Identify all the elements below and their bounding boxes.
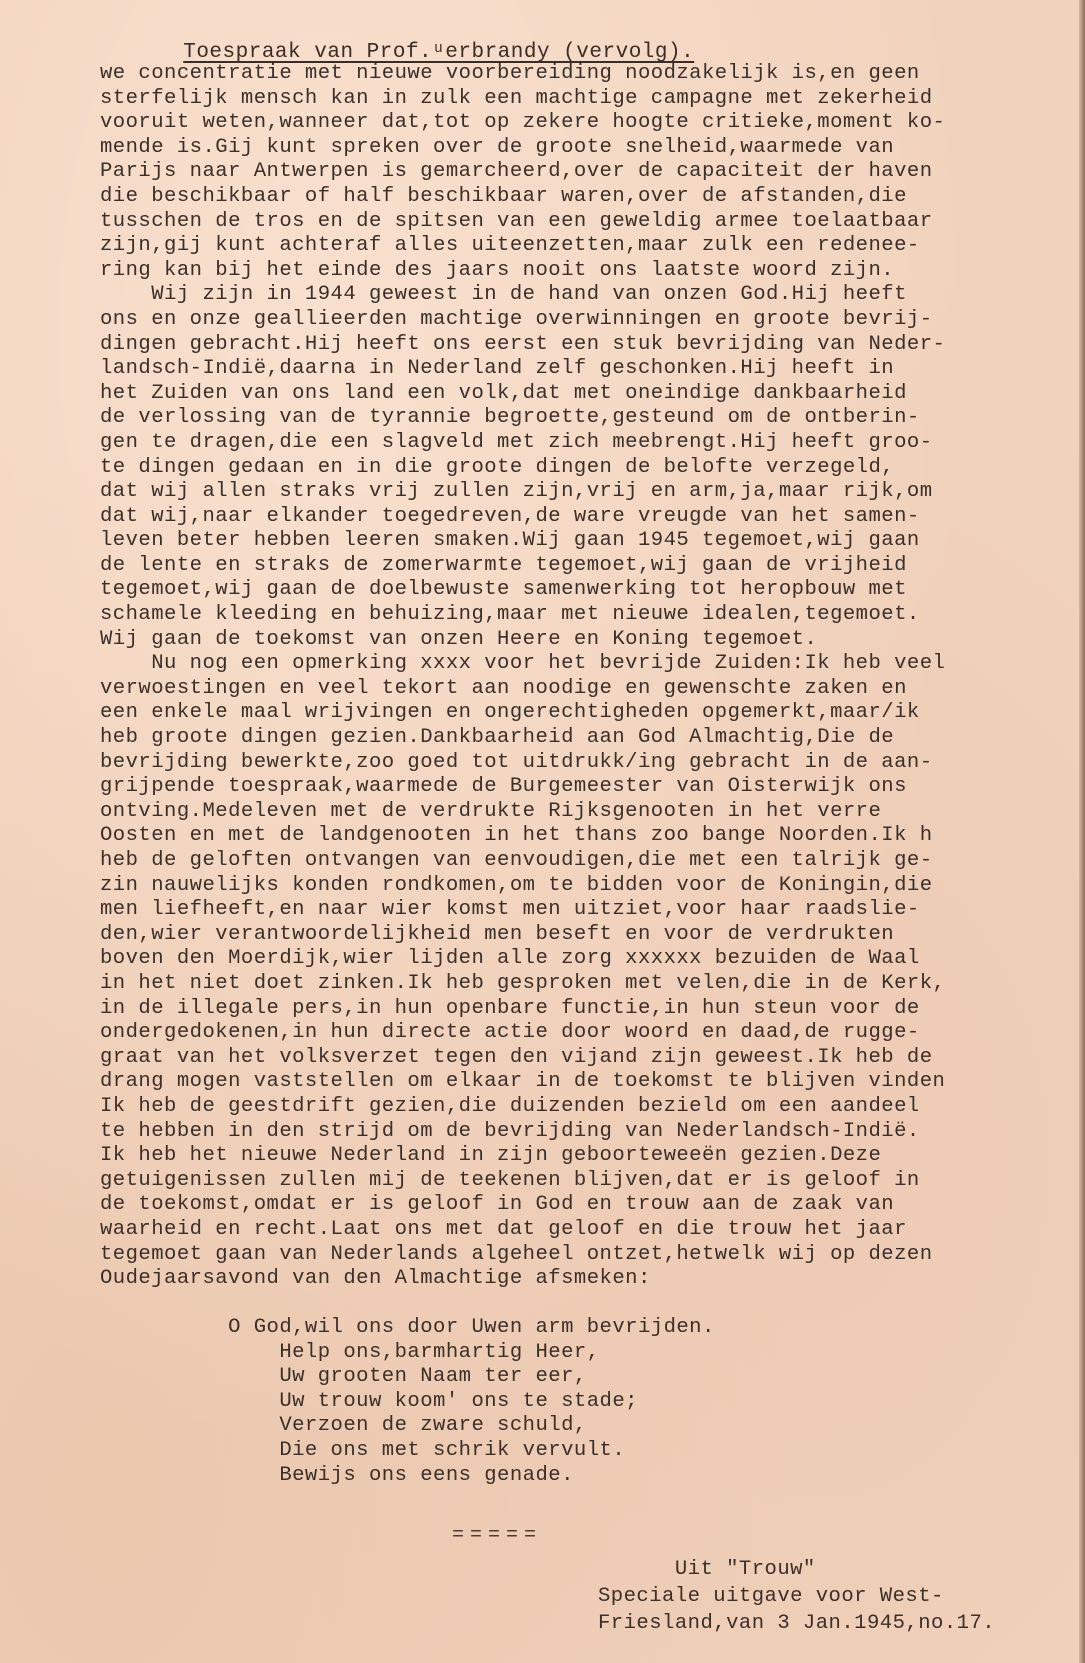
text-line: graat van het volksverzet tegen den vija… (100, 1046, 1080, 1071)
text-line: schamele kleeding en behuizing,maar met … (100, 603, 1080, 628)
document-title: Toespraak van Prof.ᵘerbrandy (vervolg). (157, 18, 694, 64)
text-line: zijn,gij kunt achteraf alles uiteenzette… (100, 234, 1080, 259)
section-divider: ===== (452, 1524, 542, 1547)
text-line: sterfelijk mensch kan in zulk een machti… (100, 87, 1080, 112)
text-line: Wij gaan de toekomst van onzen Heere en … (100, 628, 1080, 653)
prayer-poem: O God,wil ons door Uwen arm bevrijden. H… (100, 1316, 715, 1488)
text-line: de verlossing van de tyrannie begroette,… (100, 406, 1080, 431)
text-line: zin nauwelijks konden rondkomen,om te bi… (100, 874, 1080, 899)
text-line: landsch-Indië,daarna in Nederland zelf g… (100, 357, 1080, 382)
text-line: bevrijding bewerkte,zoo goed tot uitdruk… (100, 751, 1080, 776)
text-line: waarheid en recht.Laat ons met dat geloo… (100, 1218, 1080, 1243)
source-line: Speciale uitgave voor West- (598, 1583, 995, 1610)
text-line: mende is.Gij kunt spreken over de groote… (100, 136, 1080, 161)
poem-line: Help ons,barmhartig Heer, (100, 1341, 715, 1366)
text-line: Wij zijn in 1944 geweest in de hand van … (100, 283, 1080, 308)
text-line: dingen gebracht.Hij heeft ons eerst een … (100, 333, 1080, 358)
text-line: getuigenissen zullen mij de teekenen bli… (100, 1169, 1080, 1194)
text-line: vooruit weten,wanneer dat,tot op zekere … (100, 111, 1080, 136)
text-line: grijpende toespraak,waarmede de Burgemee… (100, 775, 1080, 800)
body-text: we concentratie met nieuwe voorbereiding… (100, 62, 1080, 1292)
text-line: Nu nog een opmerking xxxx voor het bevri… (100, 652, 1080, 677)
poem-line: Verzoen de zware schuld, (100, 1414, 715, 1439)
text-line: Oudejaarsavond van den Almachtige afsmek… (100, 1267, 1080, 1292)
text-line: drang mogen vaststellen om elkaar in de … (100, 1070, 1080, 1095)
text-line: Ik heb de geestdrift gezien,die duizende… (100, 1095, 1080, 1120)
text-line: dat wij,naar elkander toegedreven,de war… (100, 505, 1080, 530)
title-text: Toespraak van Prof.ᵘerbrandy (vervolg). (183, 41, 694, 64)
text-line: leven beter hebben leeren smaken.Wij gaa… (100, 529, 1080, 554)
poem-line: Bewijs ons eens genade. (100, 1464, 715, 1489)
text-line: heb groote dingen gezien.Dankbaarheid aa… (100, 726, 1080, 751)
text-line: dat wij allen straks vrij zullen zijn,vr… (100, 480, 1080, 505)
text-line: Parijs naar Antwerpen is gemarcheerd,ove… (100, 160, 1080, 185)
text-line: in de illegale pers,in hun openbare func… (100, 997, 1080, 1022)
text-line: Oosten en met de landgenooten in het tha… (100, 824, 1080, 849)
text-line: Ik heb het nieuwe Nederland in zijn gebo… (100, 1144, 1080, 1169)
text-line: in het niet doet zinken.Ik heb gesproken… (100, 972, 1080, 997)
text-line: te dingen gedaan en in die groote dingen… (100, 456, 1080, 481)
poem-line: Uw trouw koom' ons te stade; (100, 1390, 715, 1415)
source-line: Friesland,van 3 Jan.1945,no.17. (598, 1610, 995, 1637)
text-line: ondergedokenen,in hun directe actie door… (100, 1021, 1080, 1046)
text-line: te hebben in den strijd om de bevrijding… (100, 1120, 1080, 1145)
text-line: gen te dragen,die een slagveld met zich … (100, 431, 1080, 456)
text-line: ontving.Medeleven met de verdrukte Rijks… (100, 800, 1080, 825)
text-line: den,wier verantwoordelijkheid men beseft… (100, 923, 1080, 948)
poem-line: O God,wil ons door Uwen arm bevrijden. (100, 1316, 715, 1341)
source-citation: Uit "Trouw"Speciale uitgave voor West-Fr… (598, 1556, 995, 1637)
text-line: men liefheeft,en naar wier komst men uit… (100, 898, 1080, 923)
text-line: een enkele maal wrijvingen en ongerechti… (100, 701, 1080, 726)
text-line: het Zuiden van ons land een volk,dat met… (100, 382, 1080, 407)
text-line: tusschen de tros en de spitsen van een g… (100, 210, 1080, 235)
text-line: ring kan bij het einde des jaars nooit o… (100, 259, 1080, 284)
text-line: de toekomst,omdat er is geloof in God en… (100, 1193, 1080, 1218)
text-line: ons en onze geallieerden machtige overwi… (100, 308, 1080, 333)
text-line: heb de geloften ontvangen van eenvoudige… (100, 849, 1080, 874)
text-line: tegemoet,wij gaan de doelbewuste samenwe… (100, 578, 1080, 603)
text-line: die beschikbaar of half beschikbaar ware… (100, 185, 1080, 210)
poem-line: Die ons met schrik vervult. (100, 1439, 715, 1464)
poem-line: Uw grooten Naam ter eer, (100, 1365, 715, 1390)
text-line: tegemoet gaan van Nederlands algeheel on… (100, 1243, 1080, 1268)
text-line: boven den Moerdijk,wier lijden alle zorg… (100, 947, 1080, 972)
text-line: de lente en straks de zomerwarmte tegemo… (100, 554, 1080, 579)
source-line: Uit "Trouw" (598, 1556, 995, 1583)
text-line: we concentratie met nieuwe voorbereiding… (100, 62, 1080, 87)
text-line: verwoestingen en veel tekort aan noodige… (100, 677, 1080, 702)
